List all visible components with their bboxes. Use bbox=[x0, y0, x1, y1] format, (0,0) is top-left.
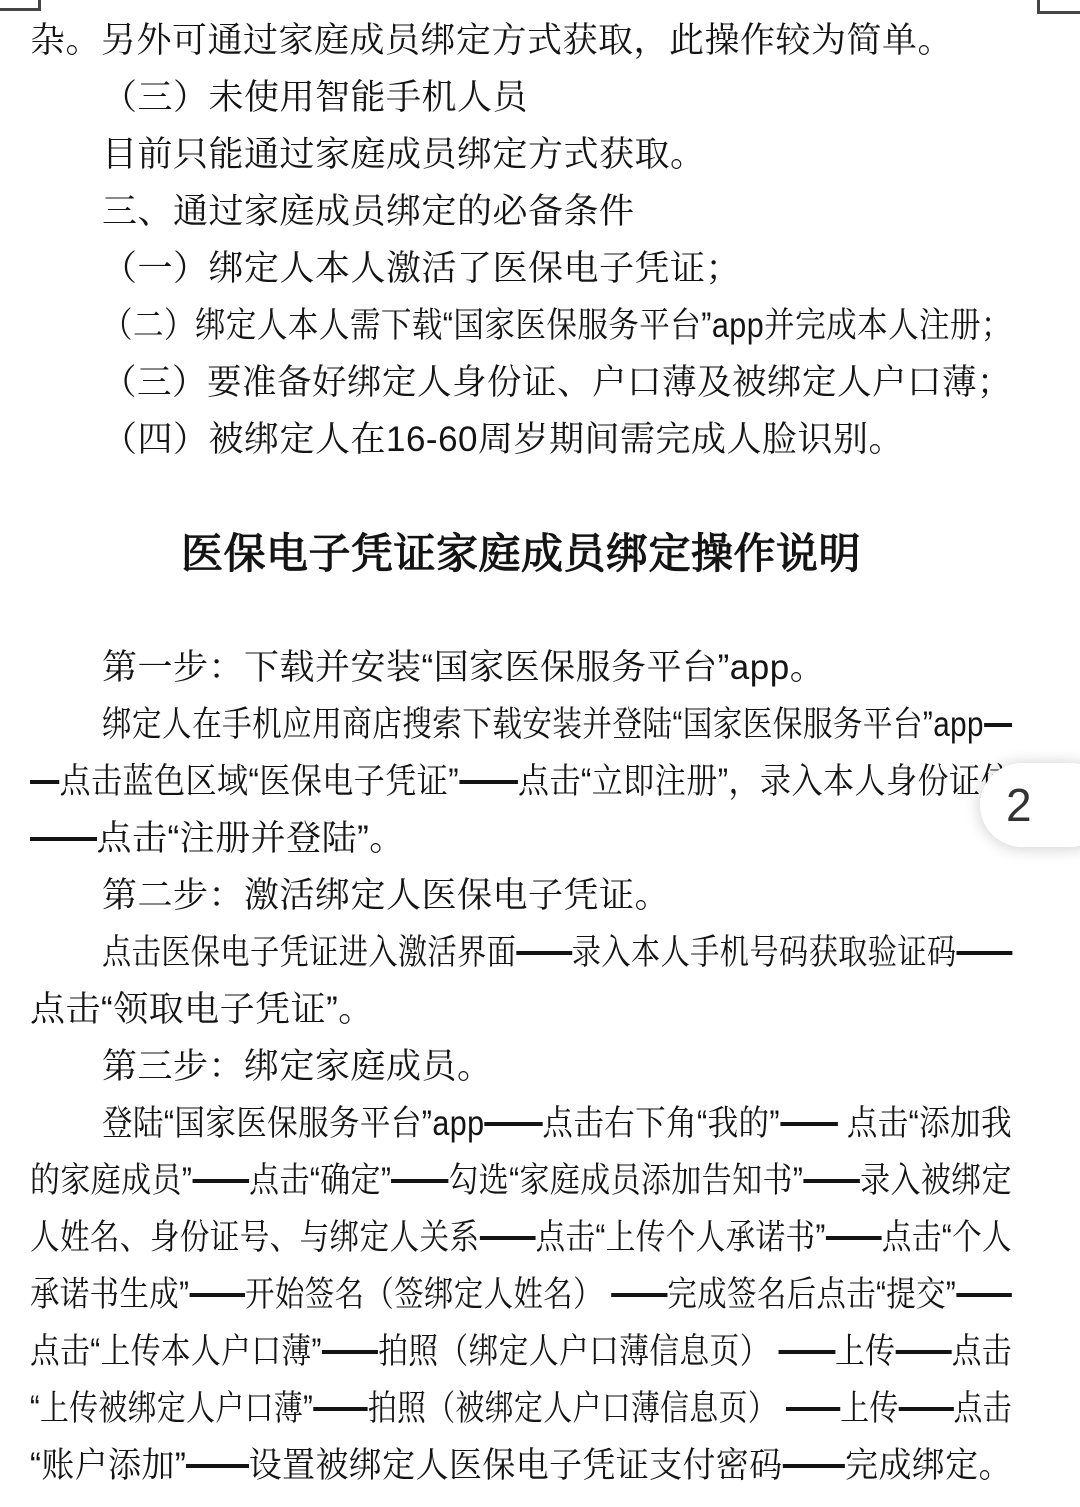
text-line: 点击“领取电子凭证”。 bbox=[30, 981, 1012, 1038]
text-line-content: 绑定人在手机应用商店搜索下载安装并登陆“国家医保服务平台”app bbox=[102, 696, 1012, 753]
em-dash-rule bbox=[984, 723, 1012, 727]
em-dash-rule bbox=[322, 1350, 378, 1354]
em-dash-rule bbox=[192, 1179, 249, 1183]
text-line: 三、通过家庭成员绑定的必备条件 bbox=[102, 183, 1012, 240]
em-dash-rule bbox=[956, 1293, 1012, 1297]
em-dash-rule bbox=[189, 1293, 245, 1297]
text-line-content: “上传被绑定人户口薄”拍照（被绑定人户口薄信息页） 上传点击 bbox=[30, 1380, 1012, 1437]
text-line: 登陆“国家医保服务平台”app点击右下角“我的” 点击“添加我 bbox=[102, 1095, 1012, 1152]
text-line: “账户添加”设置被绑定人医保电子凭证支付密码完成绑定。 bbox=[30, 1437, 1012, 1494]
text-line: 点击“注册并登陆”。 bbox=[30, 810, 1012, 867]
em-dash-rule bbox=[780, 1122, 838, 1126]
em-dash-rule bbox=[779, 1350, 835, 1354]
text-line: （三）未使用智能手机人员 bbox=[102, 69, 1012, 126]
em-dash-rule bbox=[30, 780, 59, 784]
text-line-content: （二）绑定人本人需下载“国家医保服务平台”app并完成本人注册； bbox=[102, 297, 1012, 354]
em-dash-rule bbox=[786, 1407, 841, 1411]
text-line-content: 第一步：下载并安装“国家医保服务平台”app。 bbox=[102, 639, 825, 696]
em-dash-rule bbox=[459, 780, 518, 784]
em-dash-rule bbox=[957, 951, 1012, 955]
text-line: （二）绑定人本人需下载“国家医保服务平台”app并完成本人注册； bbox=[102, 297, 1012, 354]
text-line: 的家庭成员”点击“确定”勾选“家庭成员添加告知书”录入被绑定 bbox=[30, 1152, 1012, 1209]
text-line-content: 杂。另外可通过家庭成员绑定方式获取，此操作较为简单。 bbox=[30, 12, 953, 69]
text-line-content: 点击蓝色区域“医保电子凭证”点击“立即注册”，录入本人身份证信 bbox=[30, 753, 1012, 810]
text-line: 承诺书生成”开始签名（签绑定人姓名） 完成签名后点击“提交” bbox=[30, 1266, 1012, 1323]
text-line-content: “账户添加”设置被绑定人医保电子凭证支付密码完成绑定。 bbox=[30, 1437, 1012, 1494]
text-line-content: 三、通过家庭成员绑定的必备条件 bbox=[102, 183, 635, 240]
em-dash-rule bbox=[313, 1407, 368, 1411]
text-line-content: 第二步：激活绑定人医保电子凭证。 bbox=[102, 867, 670, 924]
em-dash-rule bbox=[826, 1236, 882, 1240]
em-dash-rule bbox=[391, 1179, 448, 1183]
text-line-content: 点击“注册并登陆”。 bbox=[30, 810, 405, 867]
text-line: （四）被绑定人在16-60周岁期间需完成人脸识别。 bbox=[102, 411, 1012, 468]
text-line-content: 的家庭成员”点击“确定”勾选“家庭成员添加告知书”录入被绑定 bbox=[30, 1152, 1012, 1209]
em-dash-rule bbox=[783, 1464, 846, 1468]
text-line: 绑定人在手机应用商店搜索下载安装并登陆“国家医保服务平台”app bbox=[102, 696, 1012, 753]
text-line-content: 目前只能通过家庭成员绑定方式获取。 bbox=[102, 126, 706, 183]
text-line: 点击蓝色区域“医保电子凭证”点击“立即注册”，录入本人身份证信 bbox=[30, 753, 1012, 810]
text-line: 点击“上传本人户口薄”拍照（绑定人户口薄信息页） 上传点击 bbox=[30, 1323, 1012, 1380]
text-line: 点击医保电子凭证进入激活界面录入本人手机号码获取验证码 bbox=[102, 924, 1012, 981]
em-dash-rule bbox=[612, 1293, 668, 1297]
text-line: 目前只能通过家庭成员绑定方式获取。 bbox=[102, 126, 1012, 183]
em-dash-rule bbox=[516, 951, 571, 955]
em-dash-rule bbox=[895, 1350, 951, 1354]
em-dash-rule bbox=[485, 1122, 543, 1126]
text-line: 第三步：绑定家庭成员。 bbox=[102, 1038, 1012, 1095]
text-line-content: 点击医保电子凭证进入激活界面录入本人手机号码获取验证码 bbox=[102, 924, 1012, 981]
em-dash-rule bbox=[186, 1464, 249, 1468]
text-line-content: 承诺书生成”开始签名（签绑定人姓名） 完成签名后点击“提交” bbox=[30, 1266, 1012, 1323]
text-line: 第二步：激活绑定人医保电子凭证。 bbox=[102, 867, 1012, 924]
text-line: （三）要准备好绑定人身份证、户口薄及被绑定人户口薄； bbox=[102, 354, 1012, 411]
document-title: 医保电子凭证家庭成员绑定操作说明 bbox=[30, 525, 1012, 582]
text-line-content: （一）绑定人本人激活了医保电子凭证； bbox=[102, 240, 741, 297]
text-line-content: （三）未使用智能手机人员 bbox=[102, 69, 528, 126]
document-page: 杂。另外可通过家庭成员绑定方式获取，此操作较为简单。（三）未使用智能手机人员目前… bbox=[0, 0, 1080, 1507]
text-line-content: （四）被绑定人在16-60周岁期间需完成人脸识别。 bbox=[102, 411, 904, 468]
em-dash-rule bbox=[803, 1179, 860, 1183]
text-line: （一）绑定人本人激活了医保电子凭证； bbox=[102, 240, 1012, 297]
em-dash-rule bbox=[899, 1407, 954, 1411]
text-line: “上传被绑定人户口薄”拍照（被绑定人户口薄信息页） 上传点击 bbox=[30, 1380, 1012, 1437]
text-line-content: 医保电子凭证家庭成员绑定操作说明 bbox=[181, 525, 861, 582]
text-line-content: 点击“上传本人户口薄”拍照（绑定人户口薄信息页） 上传点击 bbox=[30, 1323, 1012, 1380]
text-line: 人姓名、身份证号、与绑定人关系点击“上传个人承诺书”点击“个人 bbox=[30, 1209, 1012, 1266]
text-line-content: 人姓名、身份证号、与绑定人关系点击“上传个人承诺书”点击“个人 bbox=[30, 1209, 1012, 1266]
text-line-content: 第三步：绑定家庭成员。 bbox=[102, 1038, 493, 1095]
text-line-content: 点击“领取电子凭证”。 bbox=[30, 981, 374, 1038]
text-line: 第一步：下载并安装“国家医保服务平台”app。 bbox=[102, 639, 1012, 696]
text-line-content: 登陆“国家医保服务平台”app点击右下角“我的” 点击“添加我 bbox=[102, 1095, 1012, 1152]
em-dash-rule bbox=[479, 1236, 535, 1240]
page-number-badge[interactable]: 2 bbox=[980, 763, 1080, 847]
text-line: 杂。另外可通过家庭成员绑定方式获取，此操作较为简单。 bbox=[30, 12, 1012, 69]
em-dash-rule bbox=[30, 837, 97, 841]
page-number: 2 bbox=[1006, 782, 1032, 828]
text-line-content: （三）要准备好绑定人身份证、户口薄及被绑定人户口薄； bbox=[102, 354, 1012, 411]
